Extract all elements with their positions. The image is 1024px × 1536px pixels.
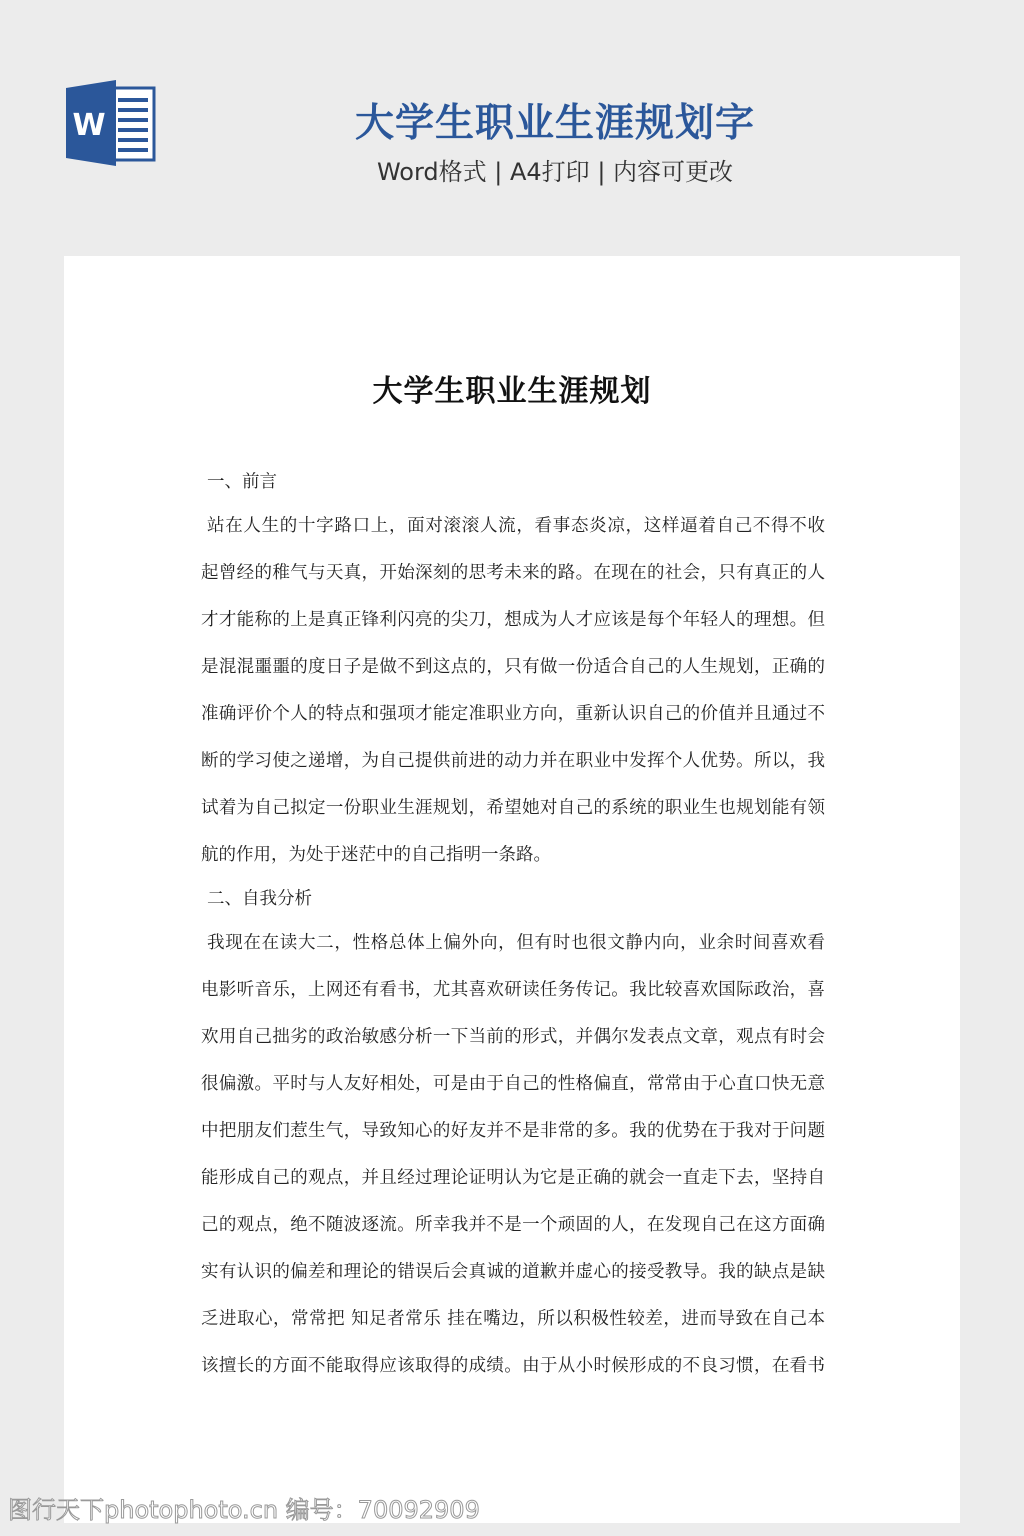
header-banner: W 大学生职业生涯规划字 Word格式 | A4打印 | 内容可更改 [0, 0, 1024, 256]
header-title: 大学生职业生涯规划字 [300, 92, 810, 148]
document-page: 大学生职业生涯规划 一、前言 站在人生的十字路口上，面对滚滚人流，看事态炎凉，这… [64, 256, 960, 1523]
paragraph-line: 实有认识的偏差和理论的错误后会真诚的道歉并虚心的接受教导。我的缺点是缺 [201, 1258, 825, 1305]
paragraph-line: 是混混噩噩的度日子是做不到这点的，只有做一份适合自己的人生规划，正确的 [201, 653, 825, 700]
paragraph-line: 起曾经的稚气与天真，开始深刻的思考未来的路。在现在的社会，只有真正的人 [201, 559, 825, 606]
paragraph-line: 站在人生的十字路口上，面对滚滚人流，看事态炎凉，这样逼着自己不得不收 [201, 512, 825, 559]
document-body: 一、前言 站在人生的十字路口上，面对滚滚人流，看事态炎凉，这样逼着自己不得不收 … [201, 468, 825, 1399]
svg-text:W: W [72, 108, 105, 143]
section-heading: 一、前言 [201, 468, 825, 512]
paragraph-line: 很偏激。平时与人友好相处，可是由于自己的性格偏直，常常由于心直口快无意 [201, 1070, 825, 1117]
paragraph-line: 己的观点，绝不随波逐流。所幸我并不是一个顽固的人，在发现自己在这方面确 [201, 1211, 825, 1258]
paragraph-line: 乏进取心，常常把 知足者常乐 挂在嘴边，所以积极性较差，进而导致在自己本 [201, 1305, 825, 1352]
paragraph-line: 我现在在读大二，性格总体上偏外向，但有时也很文静内向，业余时间喜欢看 [201, 929, 825, 976]
paragraph-line: 电影听音乐，上网还有看书，尤其喜欢研读任务传记。我比较喜欢国际政治，喜 [201, 976, 825, 1023]
header-subtitle: Word格式 | A4打印 | 内容可更改 [300, 152, 810, 187]
watermark-text: 图行天下photophoto.cn 编号：70092909 [8, 1490, 480, 1525]
paragraph-line: 才才能称的上是真正锋利闪亮的尖刀，想成为人才应该是每个年轻人的理想。但 [201, 606, 825, 653]
paragraph-line: 欢用自己拙劣的政治敏感分析一下当前的形式，并偶尔发表点文章，观点有时会 [201, 1023, 825, 1070]
paragraph-line: 该擅长的方面不能取得应该取得的成绩。由于从小时候形成的不良习惯，在看书 [201, 1352, 825, 1399]
paragraph-line: 能形成自己的观点，并且经过理论证明认为它是正确的就会一直走下去，坚持自 [201, 1164, 825, 1211]
word-icon: W [64, 80, 158, 166]
paragraph-line: 准确评价个人的特点和强项才能定准职业方向，重新认识自己的价值并且通过不 [201, 700, 825, 747]
paragraph-line: 中把朋友们惹生气，导致知心的好友并不是非常的多。我的优势在于我对于问题 [201, 1117, 825, 1164]
paragraph-line: 航的作用，为处于迷茫中的自己指明一条路。 [201, 841, 825, 885]
paragraph-line: 试着为自己拟定一份职业生涯规划，希望她对自己的系统的职业生也规划能有领 [201, 794, 825, 841]
paragraph-line: 断的学习使之递增，为自己提供前进的动力并在职业中发挥个人优势。所以，我 [201, 747, 825, 794]
document-title: 大学生职业生涯规划 [64, 366, 960, 410]
section-heading: 二、自我分析 [201, 885, 825, 929]
